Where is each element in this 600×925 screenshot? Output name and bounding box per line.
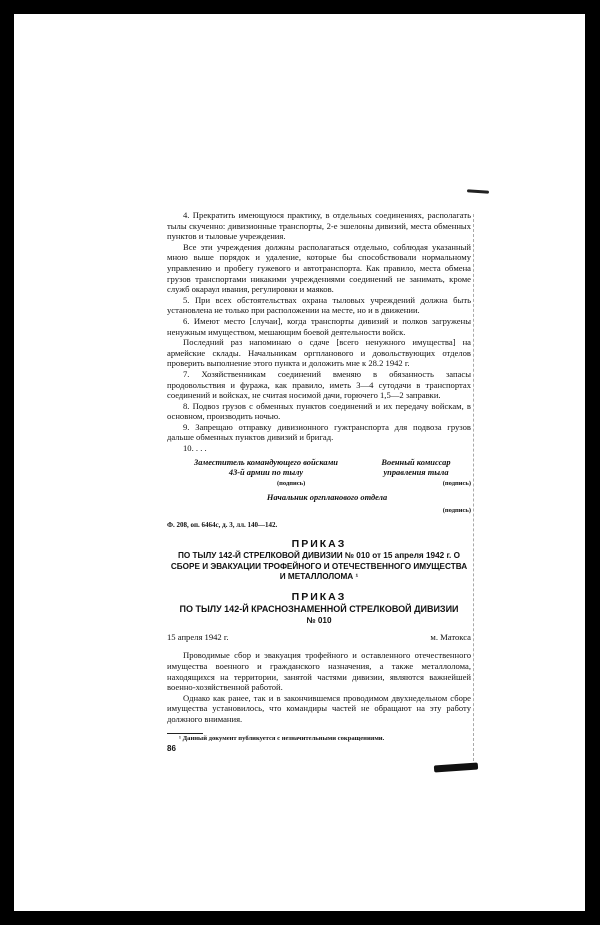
paragraph-5: 5. При всех обстоятельствах охрана тылов… [167, 295, 471, 316]
date-place-row: 15 апреля 1942 г. м. Матокса [167, 632, 471, 643]
signature-title: 43-й армии по тылу [181, 468, 351, 478]
signature-title: Военный комиссар [361, 458, 471, 468]
signature-placeholder: (подпись) [277, 479, 305, 489]
signature-org-planning-head: Начальник оргпланового отдела [247, 493, 407, 503]
signature-military-commissar: Военный комиссар управления тыла [361, 458, 471, 478]
signature-placeholder: (подпись) [443, 479, 471, 489]
order-title: ПО ТЫЛУ 142-Й КРАСНОЗНАМЕННОЙ СТРЕЛКОВОЙ… [167, 604, 471, 615]
order-body: Проводимые сбор и эвакуация трофейного и… [167, 650, 471, 724]
paragraph: Проводимые сбор и эвакуация трофейного и… [167, 650, 471, 692]
paragraph-10: 10. . . . [167, 443, 471, 454]
paragraph: Последний раз напоминаю о сдаче [всего н… [167, 337, 471, 369]
scan-mark-top [467, 189, 489, 194]
paragraph-8: 8. Подвоз грузов с обменных пунктов соед… [167, 401, 471, 422]
order-heading: ПРИКАЗ [167, 591, 471, 604]
signature-block: Заместитель командующего войсками 43-й а… [167, 458, 471, 520]
paragraph-6: 6. Имеют место [случаи], когда транспорт… [167, 316, 471, 337]
signature-placeholder: (подпись) [443, 506, 471, 516]
fold-line [473, 214, 474, 766]
archive-reference: Ф. 208, оп. 6464с, д. 3, лл. 140—142. [167, 520, 471, 531]
signature-deputy-commander: Заместитель командующего войсками 43-й а… [181, 458, 351, 478]
signature-title: Заместитель командующего войсками [181, 458, 351, 468]
paragraph-7: 7. Хозяйственникам соединений вменяю в о… [167, 369, 471, 401]
scanned-page: 4. Прекратить имеющуюся практику, в отде… [14, 14, 585, 911]
paragraph: Все эти учреждения должны располагаться … [167, 242, 471, 295]
footnote: ¹ Данный документ публикуется с незначит… [167, 734, 471, 745]
paragraph: Однако как ранее, так и в закончившемся … [167, 693, 471, 725]
page-number: 86 [167, 744, 471, 755]
order-title: ПО ТЫЛУ 142-Й СТРЕЛКОВОЙ ДИВИЗИИ № 010 о… [167, 551, 471, 583]
document-body: 4. Прекратить имеющуюся практику, в отде… [167, 210, 471, 755]
scan-mark-bottom [434, 762, 478, 772]
order-heading: ПРИКАЗ [167, 538, 471, 551]
signature-title: управления тыла [361, 468, 471, 478]
order-place: м. Матокса [430, 632, 471, 643]
order-date: 15 апреля 1942 г. [167, 632, 229, 643]
paragraph-9: 9. Запрещаю отправку дивизионного гужтра… [167, 422, 471, 443]
order-number: № 010 [167, 616, 471, 627]
paragraph-4: 4. Прекратить имеющуюся практику, в отде… [167, 210, 471, 242]
